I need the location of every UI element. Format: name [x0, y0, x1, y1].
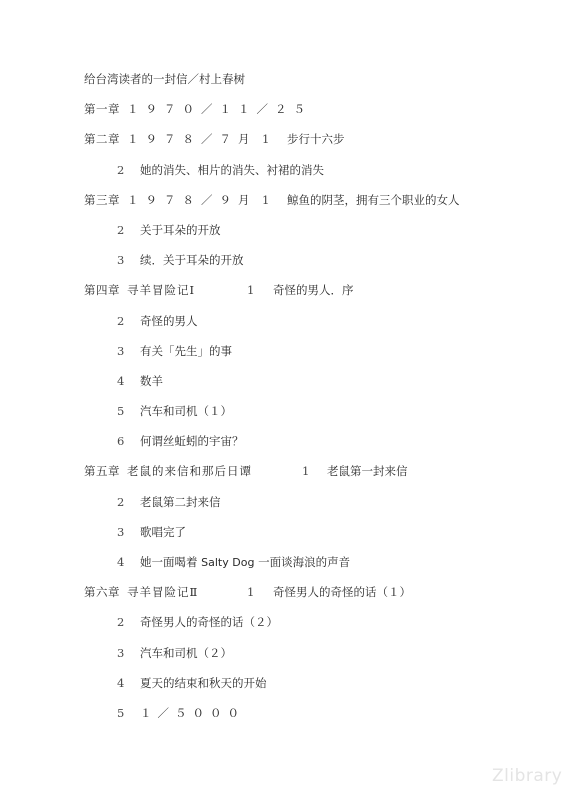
- toc-chapter-3[interactable]: 第三章 １９７８／９月 1 鲸鱼的阴茎，拥有三个职业的女人: [84, 189, 544, 219]
- section-number: 2: [117, 219, 124, 241]
- section-number: 2: [117, 159, 124, 181]
- section-title: 有关「先生」的事: [140, 340, 232, 362]
- section-title: 奇怪男人的奇怪的话（１）: [273, 581, 411, 603]
- toc-section[interactable]: 2 奇怪的男人: [84, 310, 544, 340]
- section-title-latin: Salty Dog: [201, 556, 254, 569]
- chapter-label: 第五章: [84, 460, 120, 482]
- chapter-label: 第二章: [84, 128, 120, 150]
- toc-section[interactable]: 4 数羊: [84, 370, 544, 400]
- toc-section[interactable]: 2 她的消失、相片的消失、衬裙的消失: [84, 159, 544, 189]
- section-title: 夏天的结束和秋天的开始: [140, 672, 267, 694]
- chapter-title: 老鼠的来信和那后日谭: [127, 460, 252, 482]
- section-number: 1: [262, 128, 269, 150]
- toc-section[interactable]: 3 有关「先生」的事: [84, 340, 544, 370]
- section-title: 步行十六步: [287, 128, 345, 150]
- section-number: 3: [117, 642, 124, 664]
- section-number: 4: [117, 551, 124, 573]
- section-title: 续．关于耳朵的开放: [140, 249, 244, 271]
- section-number: 1: [262, 189, 269, 211]
- toc-chapter-6[interactable]: 第六章 寻羊冒险记Ⅱ 1 奇怪男人的奇怪的话（１）: [84, 581, 544, 611]
- section-title: 何谓丝蚯蚓的宇宙？: [140, 430, 244, 452]
- toc-section[interactable]: 2 奇怪男人的奇怪的话（２）: [84, 611, 544, 641]
- toc-chapter-2[interactable]: 第二章 １９７８／７月 1 步行十六步: [84, 128, 544, 158]
- toc-section[interactable]: 4 夏天的结束和秋天的开始: [84, 672, 544, 702]
- section-title: 奇怪的男人: [140, 310, 198, 332]
- chapter-label: 第四章: [84, 279, 120, 301]
- section-title: 老鼠第一封来信: [327, 460, 408, 482]
- toc-section[interactable]: 2 关于耳朵的开放: [84, 219, 544, 249]
- section-title: 汽车和司机（２）: [140, 642, 232, 664]
- section-title: 歌唱完了: [140, 521, 186, 543]
- section-title-post: 一面谈海浪的声音: [254, 555, 350, 569]
- section-number: 3: [117, 340, 124, 362]
- table-of-contents: 给台湾读者的一封信／村上春树 第一章 １９７０／１１／２５ 第二章 １９７８／７…: [84, 68, 544, 732]
- section-number: 2: [117, 310, 124, 332]
- book-page: 给台湾读者的一封信／村上春树 第一章 １９７０／１１／２５ 第二章 １９７８／７…: [0, 0, 566, 800]
- toc-section[interactable]: 2 老鼠第二封来信: [84, 491, 544, 521]
- section-number: 1: [247, 279, 254, 301]
- chapter-title: １９７８／７月: [127, 128, 257, 150]
- section-number: 5: [117, 400, 124, 422]
- section-title: 她的消失、相片的消失、衬裙的消失: [140, 159, 324, 181]
- toc-section[interactable]: 3 续．关于耳朵的开放: [84, 249, 544, 279]
- section-number: 2: [117, 491, 124, 513]
- toc-chapter-4[interactable]: 第四章 寻羊冒险记Ⅰ 1 奇怪的男人．序: [84, 279, 544, 309]
- chapter-label: 第六章: [84, 581, 120, 603]
- section-title: 关于耳朵的开放: [140, 219, 221, 241]
- toc-chapter-1[interactable]: 第一章 １９７０／１１／２５: [84, 98, 544, 128]
- preface-title: 给台湾读者的一封信／村上春树: [84, 68, 245, 90]
- toc-section[interactable]: 4 她一面喝着 Salty Dog 一面谈海浪的声音: [84, 551, 544, 581]
- toc-preface[interactable]: 给台湾读者的一封信／村上春树: [84, 68, 544, 98]
- section-number: 6: [117, 430, 124, 452]
- section-title: 老鼠第二封来信: [140, 491, 221, 513]
- toc-section[interactable]: 6 何谓丝蚯蚓的宇宙？: [84, 430, 544, 460]
- toc-section[interactable]: 3 歌唱完了: [84, 521, 544, 551]
- section-number: 2: [117, 611, 124, 633]
- section-title: 奇怪男人的奇怪的话（２）: [140, 611, 278, 633]
- section-title: 汽车和司机（１）: [140, 400, 232, 422]
- chapter-title: １９７０／１１／２５: [127, 98, 312, 120]
- section-title-pre: 她一面喝着: [140, 555, 201, 569]
- section-number: 3: [117, 249, 124, 271]
- chapter-title: １９７８／９月: [127, 189, 257, 211]
- section-title: 她一面喝着 Salty Dog 一面谈海浪的声音: [140, 551, 350, 574]
- chapter-title: 寻羊冒险记Ⅱ: [127, 581, 198, 603]
- toc-section[interactable]: 5 １／５０００: [84, 702, 544, 732]
- section-number: 5: [117, 702, 124, 724]
- toc-section[interactable]: 5 汽车和司机（１）: [84, 400, 544, 430]
- section-number: 1: [247, 581, 254, 603]
- section-number: 4: [117, 370, 124, 392]
- section-title: １／５０００: [140, 702, 245, 724]
- section-number: 1: [302, 460, 309, 482]
- toc-section[interactable]: 3 汽车和司机（２）: [84, 642, 544, 672]
- chapter-label: 第一章: [84, 98, 120, 120]
- chapter-label: 第三章: [84, 189, 120, 211]
- chapter-title: 寻羊冒险记Ⅰ: [127, 279, 195, 301]
- section-title: 鲸鱼的阴茎，拥有三个职业的女人: [287, 189, 460, 211]
- section-title: 奇怪的男人．序: [273, 279, 354, 301]
- toc-chapter-5[interactable]: 第五章 老鼠的来信和那后日谭 1 老鼠第一封来信: [84, 460, 544, 490]
- section-number: 3: [117, 521, 124, 543]
- section-number: 4: [117, 672, 124, 694]
- zlibrary-watermark: Zlibrary: [492, 766, 562, 786]
- section-title: 数羊: [140, 370, 163, 392]
